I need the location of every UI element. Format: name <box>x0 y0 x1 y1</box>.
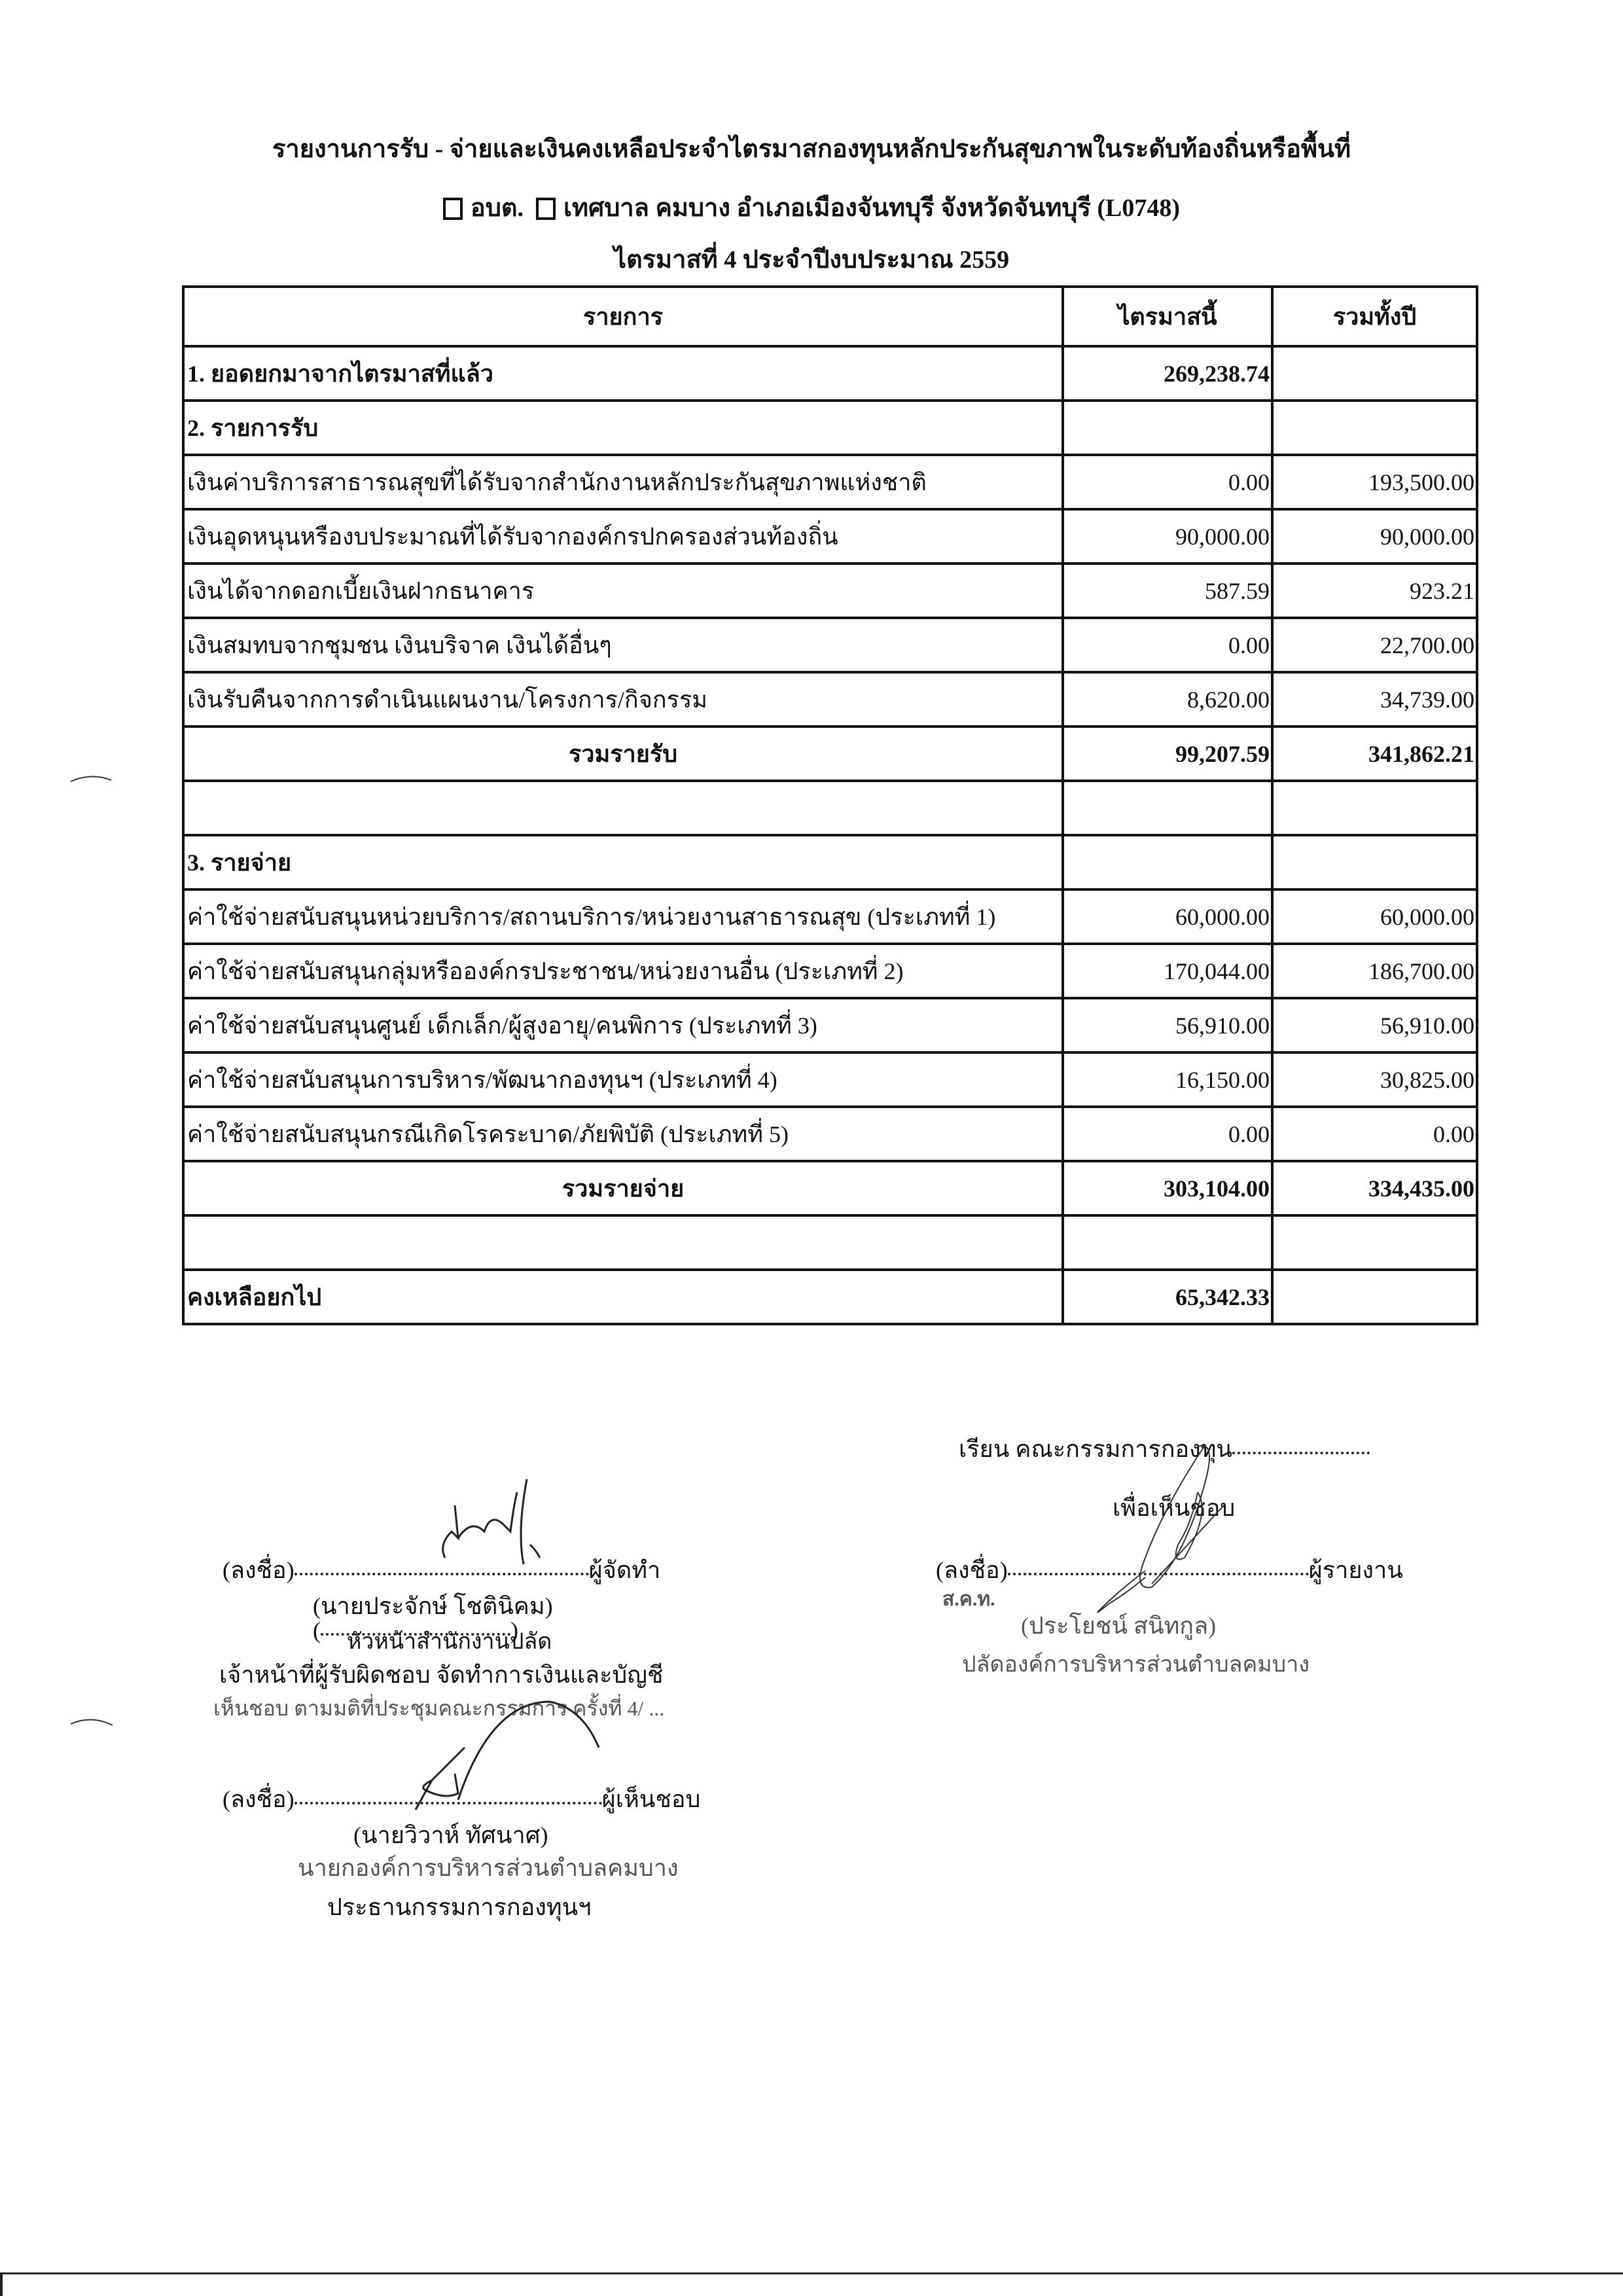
row-whole-year-value: 22,700.00 <box>1272 618 1477 672</box>
approver-title: ประธานกรรมการกองทุนฯ <box>327 1888 591 1926</box>
org-option-municipality-label: เทศบาล คมบาง อำเภอเมืองจันทบุรี จังหวัดจ… <box>563 194 1180 222</box>
row-this-quarter-value: 16,150.00 <box>1063 1052 1272 1107</box>
column-header-whole-year: รวมทั้งปี <box>1272 287 1477 346</box>
column-header-item: รายการ <box>183 287 1063 346</box>
report-period: ไตรมาสที่ 4 ประจำปีงบประมาณ 2559 <box>0 239 1623 279</box>
reporter-role: ผู้รายงาน <box>1309 1557 1403 1583</box>
table-row: ค่าใช้จ่ายสนับสนุนการบริหาร/พัฒนากองทุนฯ… <box>183 1052 1477 1107</box>
row-this-quarter-value: 56,910.00 <box>1063 998 1272 1052</box>
row-whole-year-value: 923.21 <box>1272 564 1477 618</box>
row-whole-year-value <box>1272 1215 1477 1270</box>
row-label: รวมรายจ่าย <box>183 1161 1063 1215</box>
preparer-signature-icon <box>419 1466 576 1571</box>
paren-open: ( <box>313 1617 321 1643</box>
row-label: คงเหลือยกไป <box>183 1270 1063 1324</box>
row-whole-year-value: 90,000.00 <box>1272 509 1477 564</box>
row-whole-year-value: 0.00 <box>1272 1107 1477 1161</box>
punch-hole-mark-icon <box>65 772 118 785</box>
table-row: เงินสมทบจากชุมชน เงินบริจาค เงินได้อื่นๆ… <box>183 618 1477 672</box>
checkbox-municipality[interactable] <box>536 198 556 220</box>
sign-prefix: (ลงชื่อ) <box>936 1557 1008 1583</box>
preparer-role: ผู้จัดทำ <box>589 1557 661 1583</box>
org-option-sao-label: อบต. <box>471 194 524 222</box>
row-label <box>183 781 1063 835</box>
report-title: รายงานการรับ - จ่ายและเงินคงเหลือประจำไต… <box>0 128 1623 168</box>
row-this-quarter-value: 8,620.00 <box>1063 672 1272 726</box>
row-whole-year-value: 186,700.00 <box>1272 944 1477 998</box>
row-this-quarter-value <box>1063 1215 1272 1270</box>
signature-field[interactable] <box>294 1573 589 1575</box>
row-whole-year-value: 334,435.00 <box>1272 1161 1477 1215</box>
table-row: เงินได้จากดอกเบี้ยเงินฝากธนาคาร587.59923… <box>183 564 1477 618</box>
row-label: 3. รายจ่าย <box>183 835 1063 889</box>
row-this-quarter-value: 303,104.00 <box>1063 1161 1272 1215</box>
table-header-row: รายการ ไตรมาสนี้ รวมทั้งปี <box>183 287 1477 346</box>
row-whole-year-value: 34,739.00 <box>1272 672 1477 726</box>
table-row: 2. รายการรับ <box>183 401 1477 455</box>
table-row-blank <box>183 1215 1477 1270</box>
row-label <box>183 1215 1063 1270</box>
row-label: ค่าใช้จ่ายสนับสนุนกรณีเกิดโรคระบาด/ภัยพิ… <box>183 1107 1063 1161</box>
row-whole-year-value <box>1272 1270 1477 1324</box>
table-row-blank <box>183 781 1477 835</box>
row-label: เงินสมทบจากชุมชน เงินบริจาค เงินได้อื่นๆ <box>183 618 1063 672</box>
reporter-position: ปลัดองค์การบริหารส่วนตำบลคมบาง <box>962 1646 1310 1681</box>
checkbox-sao[interactable] <box>443 198 463 220</box>
row-whole-year-value <box>1272 346 1477 401</box>
column-header-this-quarter: ไตรมาสนี้ <box>1063 287 1272 346</box>
approver-signature-icon <box>406 1741 484 1813</box>
reporter-stamp: ส.ค.ท. <box>942 1584 995 1615</box>
row-whole-year-value: 193,500.00 <box>1272 455 1477 509</box>
row-label: ค่าใช้จ่ายสนับสนุนกลุ่มหรือองค์กรประชาชน… <box>183 944 1063 998</box>
table-row: ค่าใช้จ่ายสนับสนุนกลุ่มหรือองค์กรประชาชน… <box>183 944 1477 998</box>
row-whole-year-value: 341,862.21 <box>1272 726 1477 781</box>
table-row: เงินอุดหนุนหรืองบประมาณที่ได้รับจากองค์ก… <box>183 509 1477 564</box>
row-this-quarter-value: 269,238.74 <box>1063 346 1272 401</box>
row-this-quarter-value: 65,342.33 <box>1063 1270 1272 1324</box>
row-this-quarter-value: 0.00 <box>1063 1107 1272 1161</box>
row-this-quarter-value: 0.00 <box>1063 618 1272 672</box>
row-this-quarter-value <box>1063 401 1272 455</box>
table-row: 1. ยอดยกมาจากไตรมาสที่แล้ว269,238.74 <box>183 346 1477 401</box>
row-label: 2. รายการรับ <box>183 401 1063 455</box>
row-label: ค่าใช้จ่ายสนับสนุนการบริหาร/พัฒนากองทุนฯ… <box>183 1052 1063 1107</box>
row-label: เงินอุดหนุนหรืองบประมาณที่ได้รับจากองค์ก… <box>183 509 1063 564</box>
preparer-position: หัวหน้าสำนักงานปลัด <box>347 1623 552 1659</box>
preparer-duty: เจ้าหน้าที่ผู้รับผิดชอบ จัดทำการเงินและบ… <box>219 1656 663 1693</box>
row-this-quarter-value: 0.00 <box>1063 455 1272 509</box>
row-whole-year-value: 56,910.00 <box>1272 998 1477 1052</box>
reporter-name: (ประโยชน์ สนิทกูล) <box>1021 1607 1216 1644</box>
row-whole-year-value: 60,000.00 <box>1272 889 1477 944</box>
row-this-quarter-value: 90,000.00 <box>1063 509 1272 564</box>
row-label: ค่าใช้จ่ายสนับสนุนศูนย์ เด็กเล็ก/ผู้สูงอ… <box>183 998 1063 1052</box>
row-label: ค่าใช้จ่ายสนับสนุนหน่วยบริการ/สถานบริการ… <box>183 889 1063 944</box>
row-this-quarter-value: 170,044.00 <box>1063 944 1272 998</box>
sign-prefix: (ลงชื่อ) <box>223 1786 294 1812</box>
scan-edge-line <box>0 2272 1623 2274</box>
table-row: ค่าใช้จ่ายสนับสนุนหน่วยบริการ/สถานบริการ… <box>183 889 1477 944</box>
row-label: เงินได้จากดอกเบี้ยเงินฝากธนาคาร <box>183 564 1063 618</box>
approver-position: นายกองค์การบริหารส่วนตำบลคมบาง <box>298 1849 679 1886</box>
row-label: รวมรายรับ <box>183 726 1063 781</box>
row-whole-year-value <box>1272 835 1477 889</box>
row-label: เงินค่าบริการสาธารณสุขที่ได้รับจากสำนักง… <box>183 455 1063 509</box>
table-row: ค่าใช้จ่ายสนับสนุนกรณีเกิดโรคระบาด/ภัยพิ… <box>183 1107 1477 1161</box>
row-this-quarter-value <box>1063 835 1272 889</box>
table-row: คงเหลือยกไป65,342.33 <box>183 1270 1477 1324</box>
table-row-total: รวมรายรับ99,207.59341,862.21 <box>183 726 1477 781</box>
table-row-total: รวมรายจ่าย303,104.00334,435.00 <box>183 1161 1477 1215</box>
table-row: เงินค่าบริการสาธารณสุขที่ได้รับจากสำนักง… <box>183 455 1477 509</box>
row-whole-year-value <box>1272 401 1477 455</box>
row-this-quarter-value <box>1063 781 1272 835</box>
row-this-quarter-value: 60,000.00 <box>1063 889 1272 944</box>
sign-prefix: (ลงชื่อ) <box>223 1557 294 1583</box>
income-expense-table: รายการ ไตรมาสนี้ รวมทั้งปี 1. ยอดยกมาจาก… <box>182 285 1478 1325</box>
row-this-quarter-value: 587.59 <box>1063 564 1272 618</box>
row-whole-year-value <box>1272 781 1477 835</box>
table-row: เงินรับคืนจากการดำเนินแผนงาน/โครงการ/กิจ… <box>183 672 1477 726</box>
row-label: เงินรับคืนจากการดำเนินแผนงาน/โครงการ/กิจ… <box>183 672 1063 726</box>
scan-edge-corner <box>0 2272 3 2296</box>
table-row: ค่าใช้จ่ายสนับสนุนศูนย์ เด็กเล็ก/ผู้สูงอ… <box>183 998 1477 1052</box>
organization-line: อบต. เทศบาล คมบาง อำเภอเมืองจันทบุรี จัง… <box>0 187 1623 227</box>
row-label: 1. ยอดยกมาจากไตรมาสที่แล้ว <box>183 346 1063 401</box>
reporter-signature-icon <box>1047 1427 1296 1623</box>
punch-hole-mark-icon <box>65 1715 118 1728</box>
row-this-quarter-value: 99,207.59 <box>1063 726 1272 781</box>
approver-name: (นายวิวาห์ ทัศนาศ) <box>353 1816 548 1854</box>
table-row: 3. รายจ่าย <box>183 835 1477 889</box>
row-whole-year-value: 30,825.00 <box>1272 1052 1477 1107</box>
approver-role: ผู้เห็นชอบ <box>602 1786 701 1812</box>
